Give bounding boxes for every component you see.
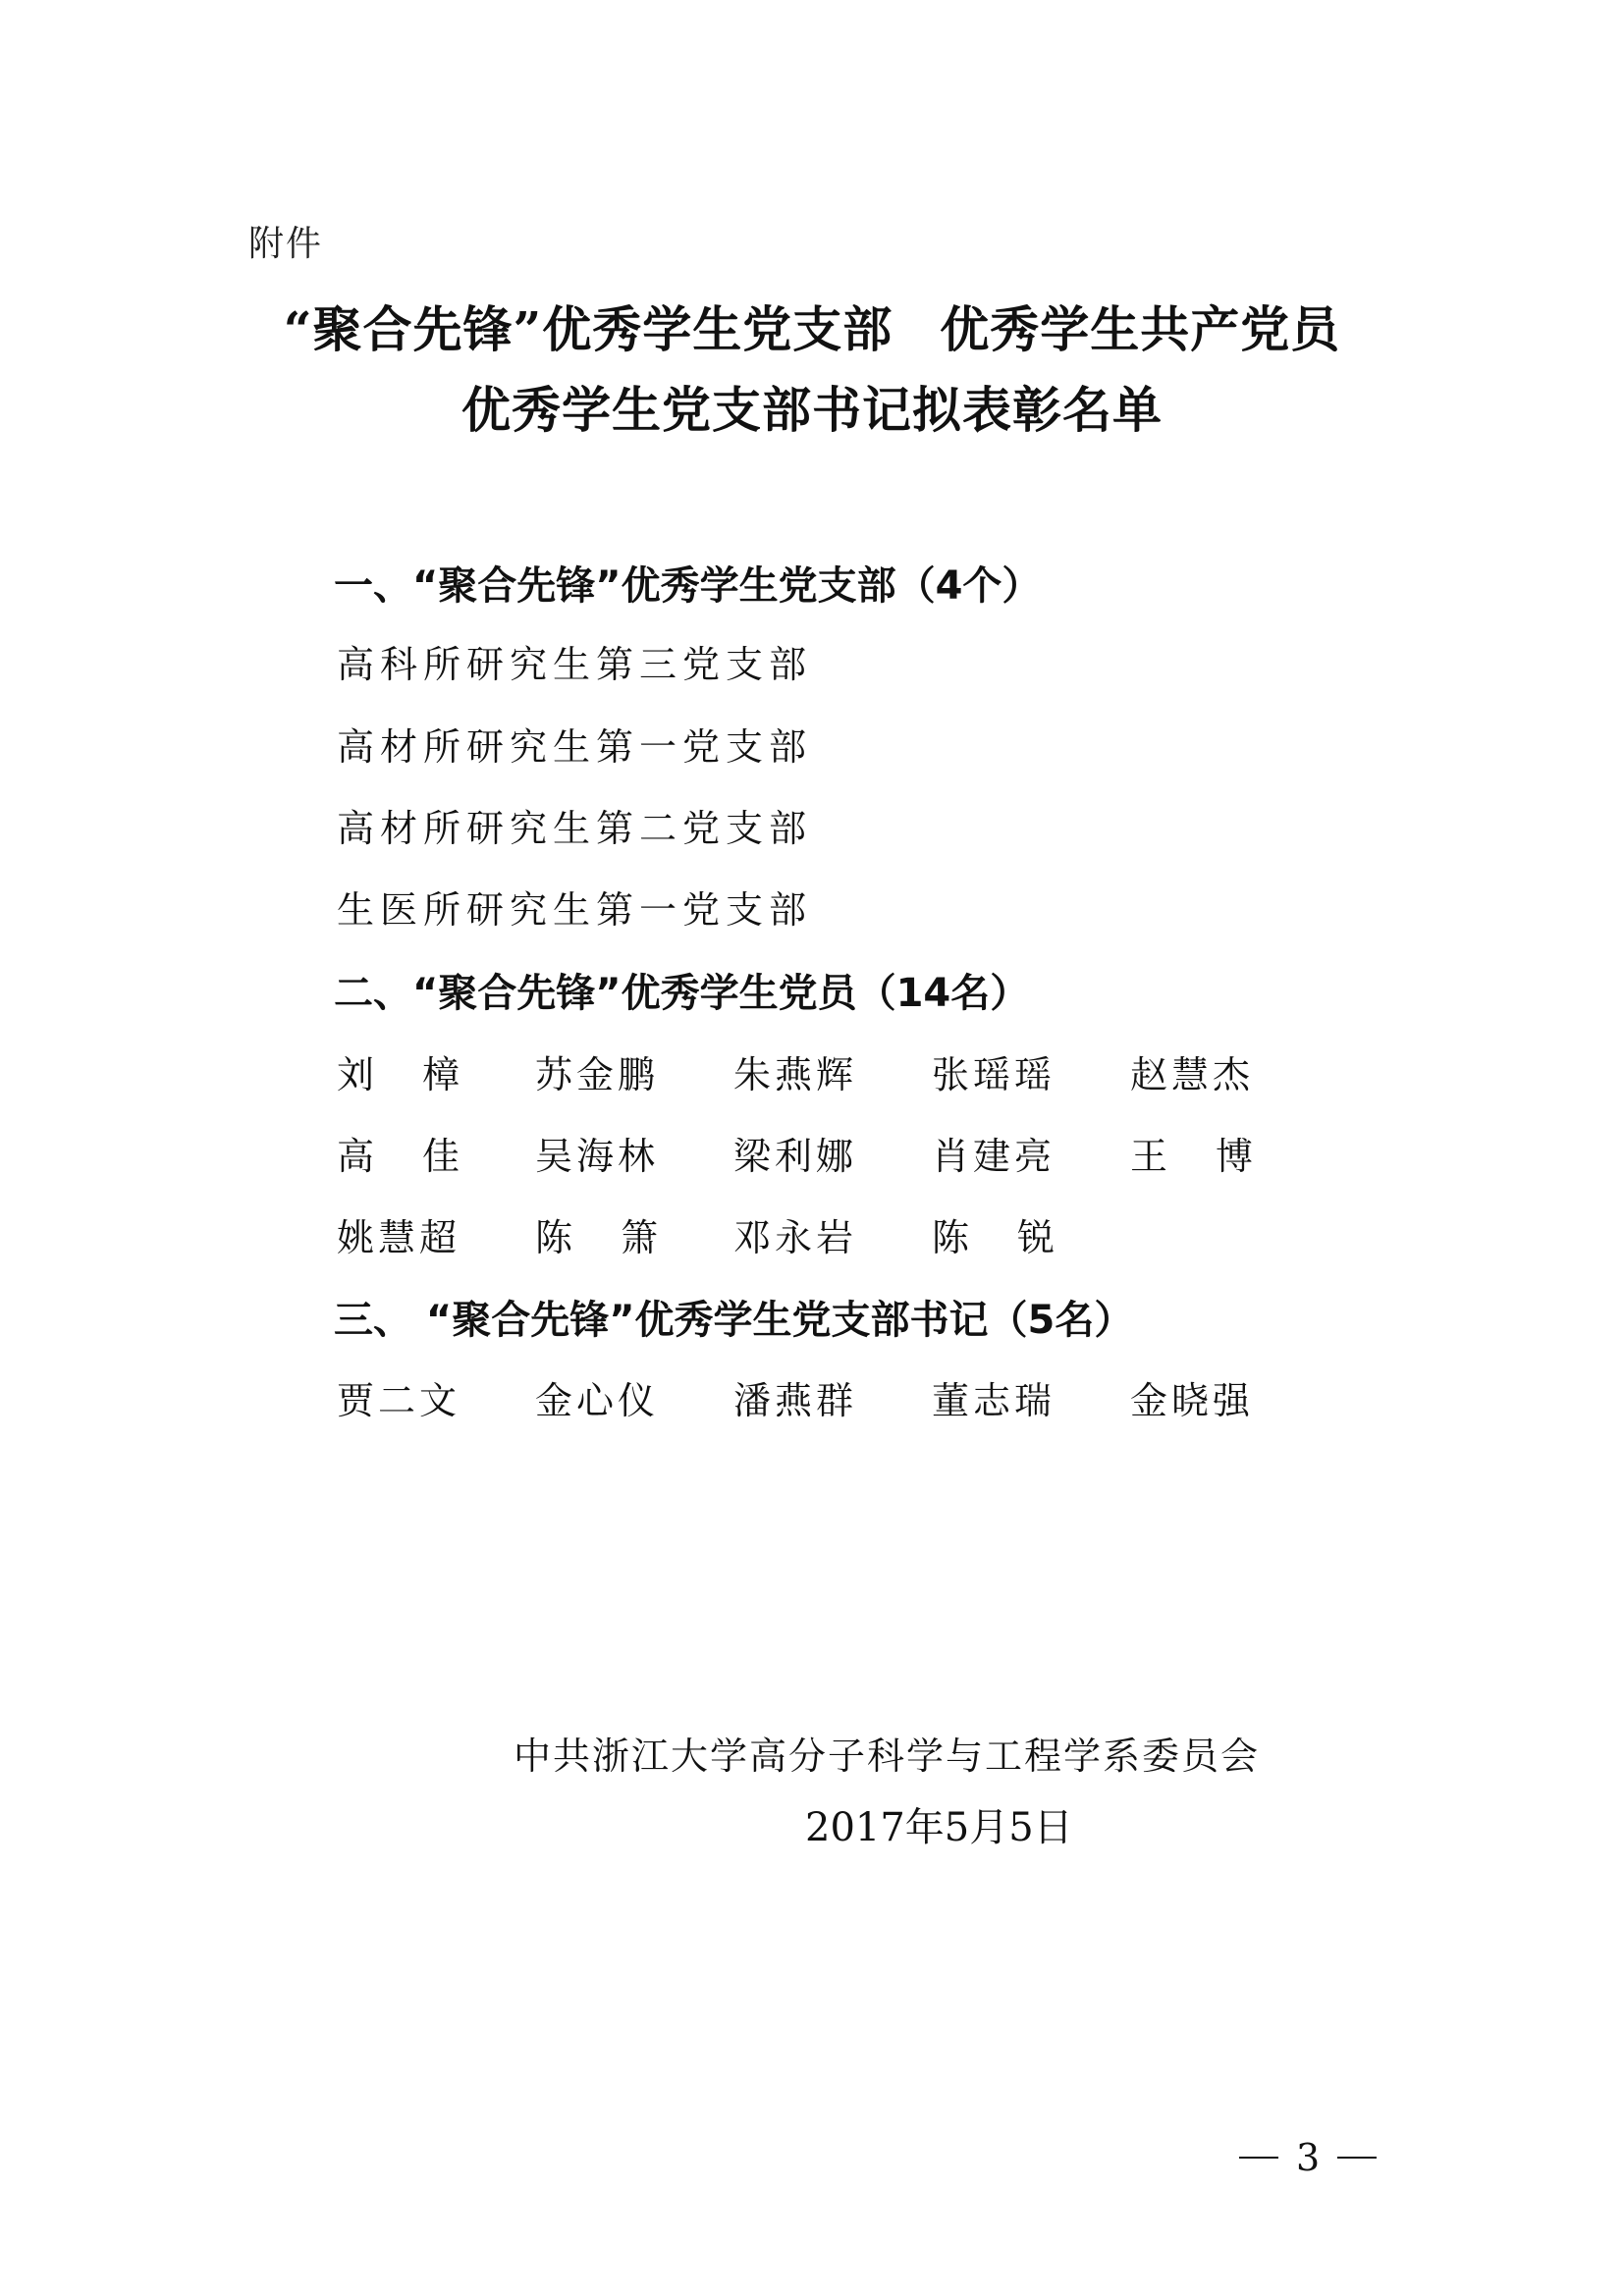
branch-item: 高材所研究生第二党支部 bbox=[337, 798, 812, 852]
secretary-name: 金心仪 bbox=[535, 1370, 673, 1424]
document-page: 附件 “聚合先锋”优秀学生党支部优秀学生共产党员 优秀学生党支部书记拟表彰名单 … bbox=[0, 0, 1624, 2296]
secretary-name: 金晓强 bbox=[1130, 1370, 1268, 1424]
attachment-label: 附件 bbox=[248, 216, 323, 266]
member-name: 苏金鹏 bbox=[535, 1044, 673, 1098]
member-name: 张瑶瑶 bbox=[932, 1044, 1069, 1098]
signing-organization: 中共浙江大学高分子科学与工程学系委员会 bbox=[514, 1726, 1260, 1780]
signing-date: 2017年5月5日 bbox=[805, 1796, 1073, 1852]
document-title-line-2: 优秀学生党支部书记拟表彰名单 bbox=[0, 371, 1624, 442]
member-name: 朱燕辉 bbox=[733, 1044, 871, 1098]
member-name: 姚慧超 bbox=[337, 1207, 474, 1261]
branch-item: 高材所研究生第一党支部 bbox=[337, 717, 812, 771]
section-heading-secretaries: 三、 “聚合先锋”优秀学生党支部书记（5名） bbox=[334, 1289, 1133, 1345]
secretary-name: 董志瑞 bbox=[932, 1370, 1069, 1424]
member-name: 梁利娜 bbox=[733, 1126, 871, 1180]
member-name: 肖建亮 bbox=[932, 1126, 1069, 1180]
member-name: 陈锐 bbox=[932, 1207, 1055, 1261]
document-title-line-1: “聚合先锋”优秀学生党支部优秀学生共产党员 bbox=[0, 291, 1624, 361]
section-heading-branches: 一、“聚合先锋”优秀学生党支部（4个） bbox=[334, 555, 1041, 611]
branch-item: 生医所研究生第一党支部 bbox=[337, 880, 812, 934]
member-name: 王博 bbox=[1130, 1126, 1253, 1180]
member-name: 高佳 bbox=[337, 1126, 460, 1180]
page-number-value: 3 bbox=[1296, 2136, 1320, 2179]
secretary-name: 贾二文 bbox=[337, 1370, 474, 1424]
branch-item: 高科所研究生第三党支部 bbox=[337, 634, 812, 688]
member-name: 吴海林 bbox=[535, 1126, 673, 1180]
dash-right bbox=[1337, 2157, 1377, 2159]
title-part-2: 优秀学生共产党员 bbox=[940, 300, 1340, 358]
secretary-name: 潘燕群 bbox=[733, 1370, 871, 1424]
member-name: 陈箫 bbox=[535, 1207, 658, 1261]
dash-left bbox=[1239, 2157, 1278, 2159]
member-name: 刘樟 bbox=[337, 1044, 460, 1098]
page-number: 3 bbox=[1239, 2136, 1377, 2179]
member-name: 邓永岩 bbox=[733, 1207, 871, 1261]
title-part-1: “聚合先锋”优秀学生党支部 bbox=[284, 300, 893, 358]
section-heading-members: 二、“聚合先锋”优秀学生党员（14名） bbox=[334, 962, 1029, 1018]
member-name: 赵慧杰 bbox=[1130, 1044, 1268, 1098]
